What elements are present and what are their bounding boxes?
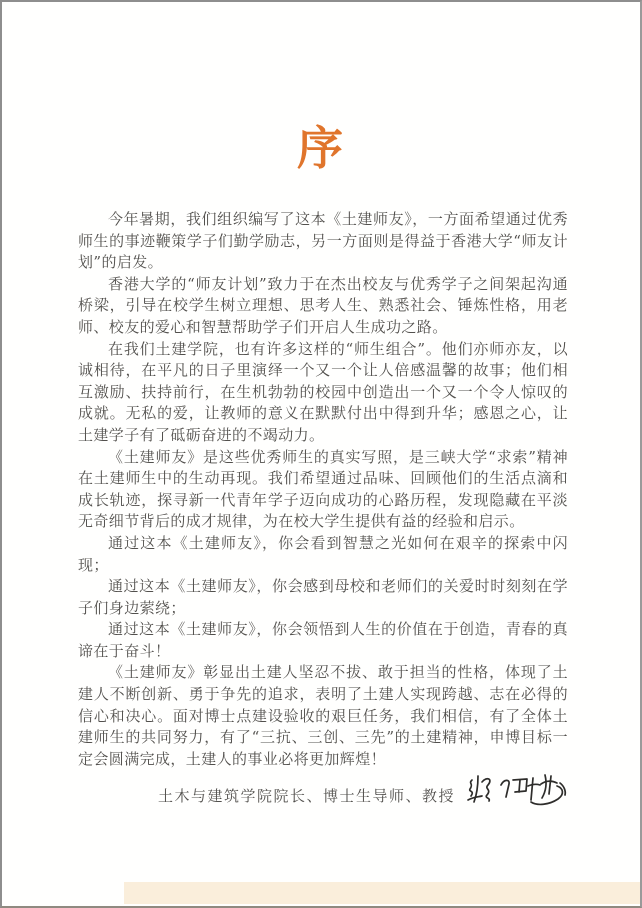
- paragraph: 通过这本《土建师友》，你会感到母校和老师们的关爱时时刻刻在学子们身边萦绕；: [78, 576, 568, 619]
- paragraph: 《土建师友》彰显出土建人坚忍不拔、敢于担当的性格，体现了土建人不断创新、勇于争先…: [78, 662, 568, 770]
- decorative-strip: [124, 882, 640, 904]
- paragraph: 通过这本《土建师友》，你会领悟到人生的价值在于创造，青春的真谛在于奋斗！: [78, 619, 568, 662]
- preface-body: 今年暑期，我们组织编写了这本《土建师友》，一方面希望通过优秀师生的事迹鞭策学子们…: [78, 209, 568, 770]
- paragraph: 在我们土建学院，也有许多这样的“师生组合”。他们亦师亦友，以诚相待，在平凡的日子…: [78, 339, 568, 447]
- handwritten-signature-image: [465, 770, 569, 816]
- signature-line: 土木与建筑学院院长、博士生导师、教授: [158, 774, 569, 816]
- document-page: 序 今年暑期，我们组织编写了这本《土建师友》，一方面希望通过优秀师生的事迹鞭策学…: [0, 0, 642, 908]
- paragraph: 《土建师友》是这些优秀师生的真实写照，是三峡大学“求索”精神在土建师生中的生动再…: [78, 447, 568, 533]
- paragraph: 今年暑期，我们组织编写了这本《土建师友》，一方面希望通过优秀师生的事迹鞭策学子们…: [78, 209, 568, 274]
- paragraph: 通过这本《土建师友》，你会看到智慧之光如何在艰辛的探索中闪现；: [78, 533, 568, 576]
- paragraph: 香港大学的“师友计划”致力于在杰出校友与优秀学子之间架起沟通桥梁，引导在校学生树…: [78, 274, 568, 339]
- signature-title: 土木与建筑学院院长、博士生导师、教授: [158, 785, 455, 806]
- page-title: 序: [2, 120, 640, 176]
